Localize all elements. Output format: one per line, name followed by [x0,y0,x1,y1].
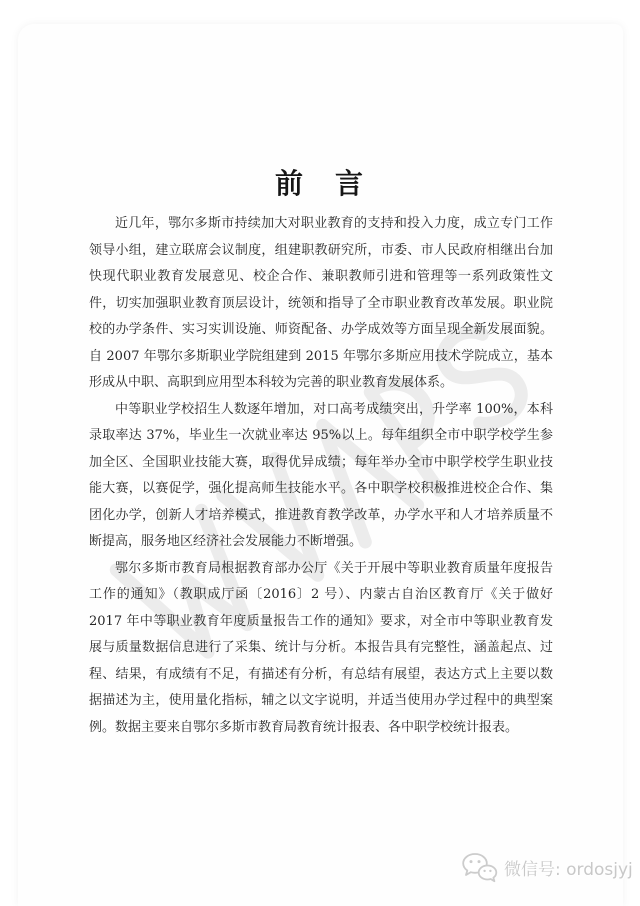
scanned-document: { "page": { "title": "前 言", "paragraphs"… [0,0,640,906]
paragraph: 中等职业学校招生人数逐年增加，对口高考成绩突出，升学率 100%，本科录取率达 … [89,397,553,556]
wechat-id-label: 微信号: ordosjyj [504,855,633,880]
page-title: 前 言 [0,162,640,202]
paragraph: 鄂尔多斯市教育局根据教育部办公厅《关于开展中等职业教育质量年度报告工作的通知》（… [89,556,553,742]
paragraph: 近几年，鄂尔多斯市持续加大对职业教育的支持和投入力度，成立专门工作领导小组，建立… [89,211,553,397]
wechat-watermark: 微信号: ordosjyj [461,851,633,884]
wechat-icon [461,851,498,884]
document-body: 近几年，鄂尔多斯市持续加大对职业教育的支持和投入力度，成立专门工作领导小组，建立… [89,211,553,741]
